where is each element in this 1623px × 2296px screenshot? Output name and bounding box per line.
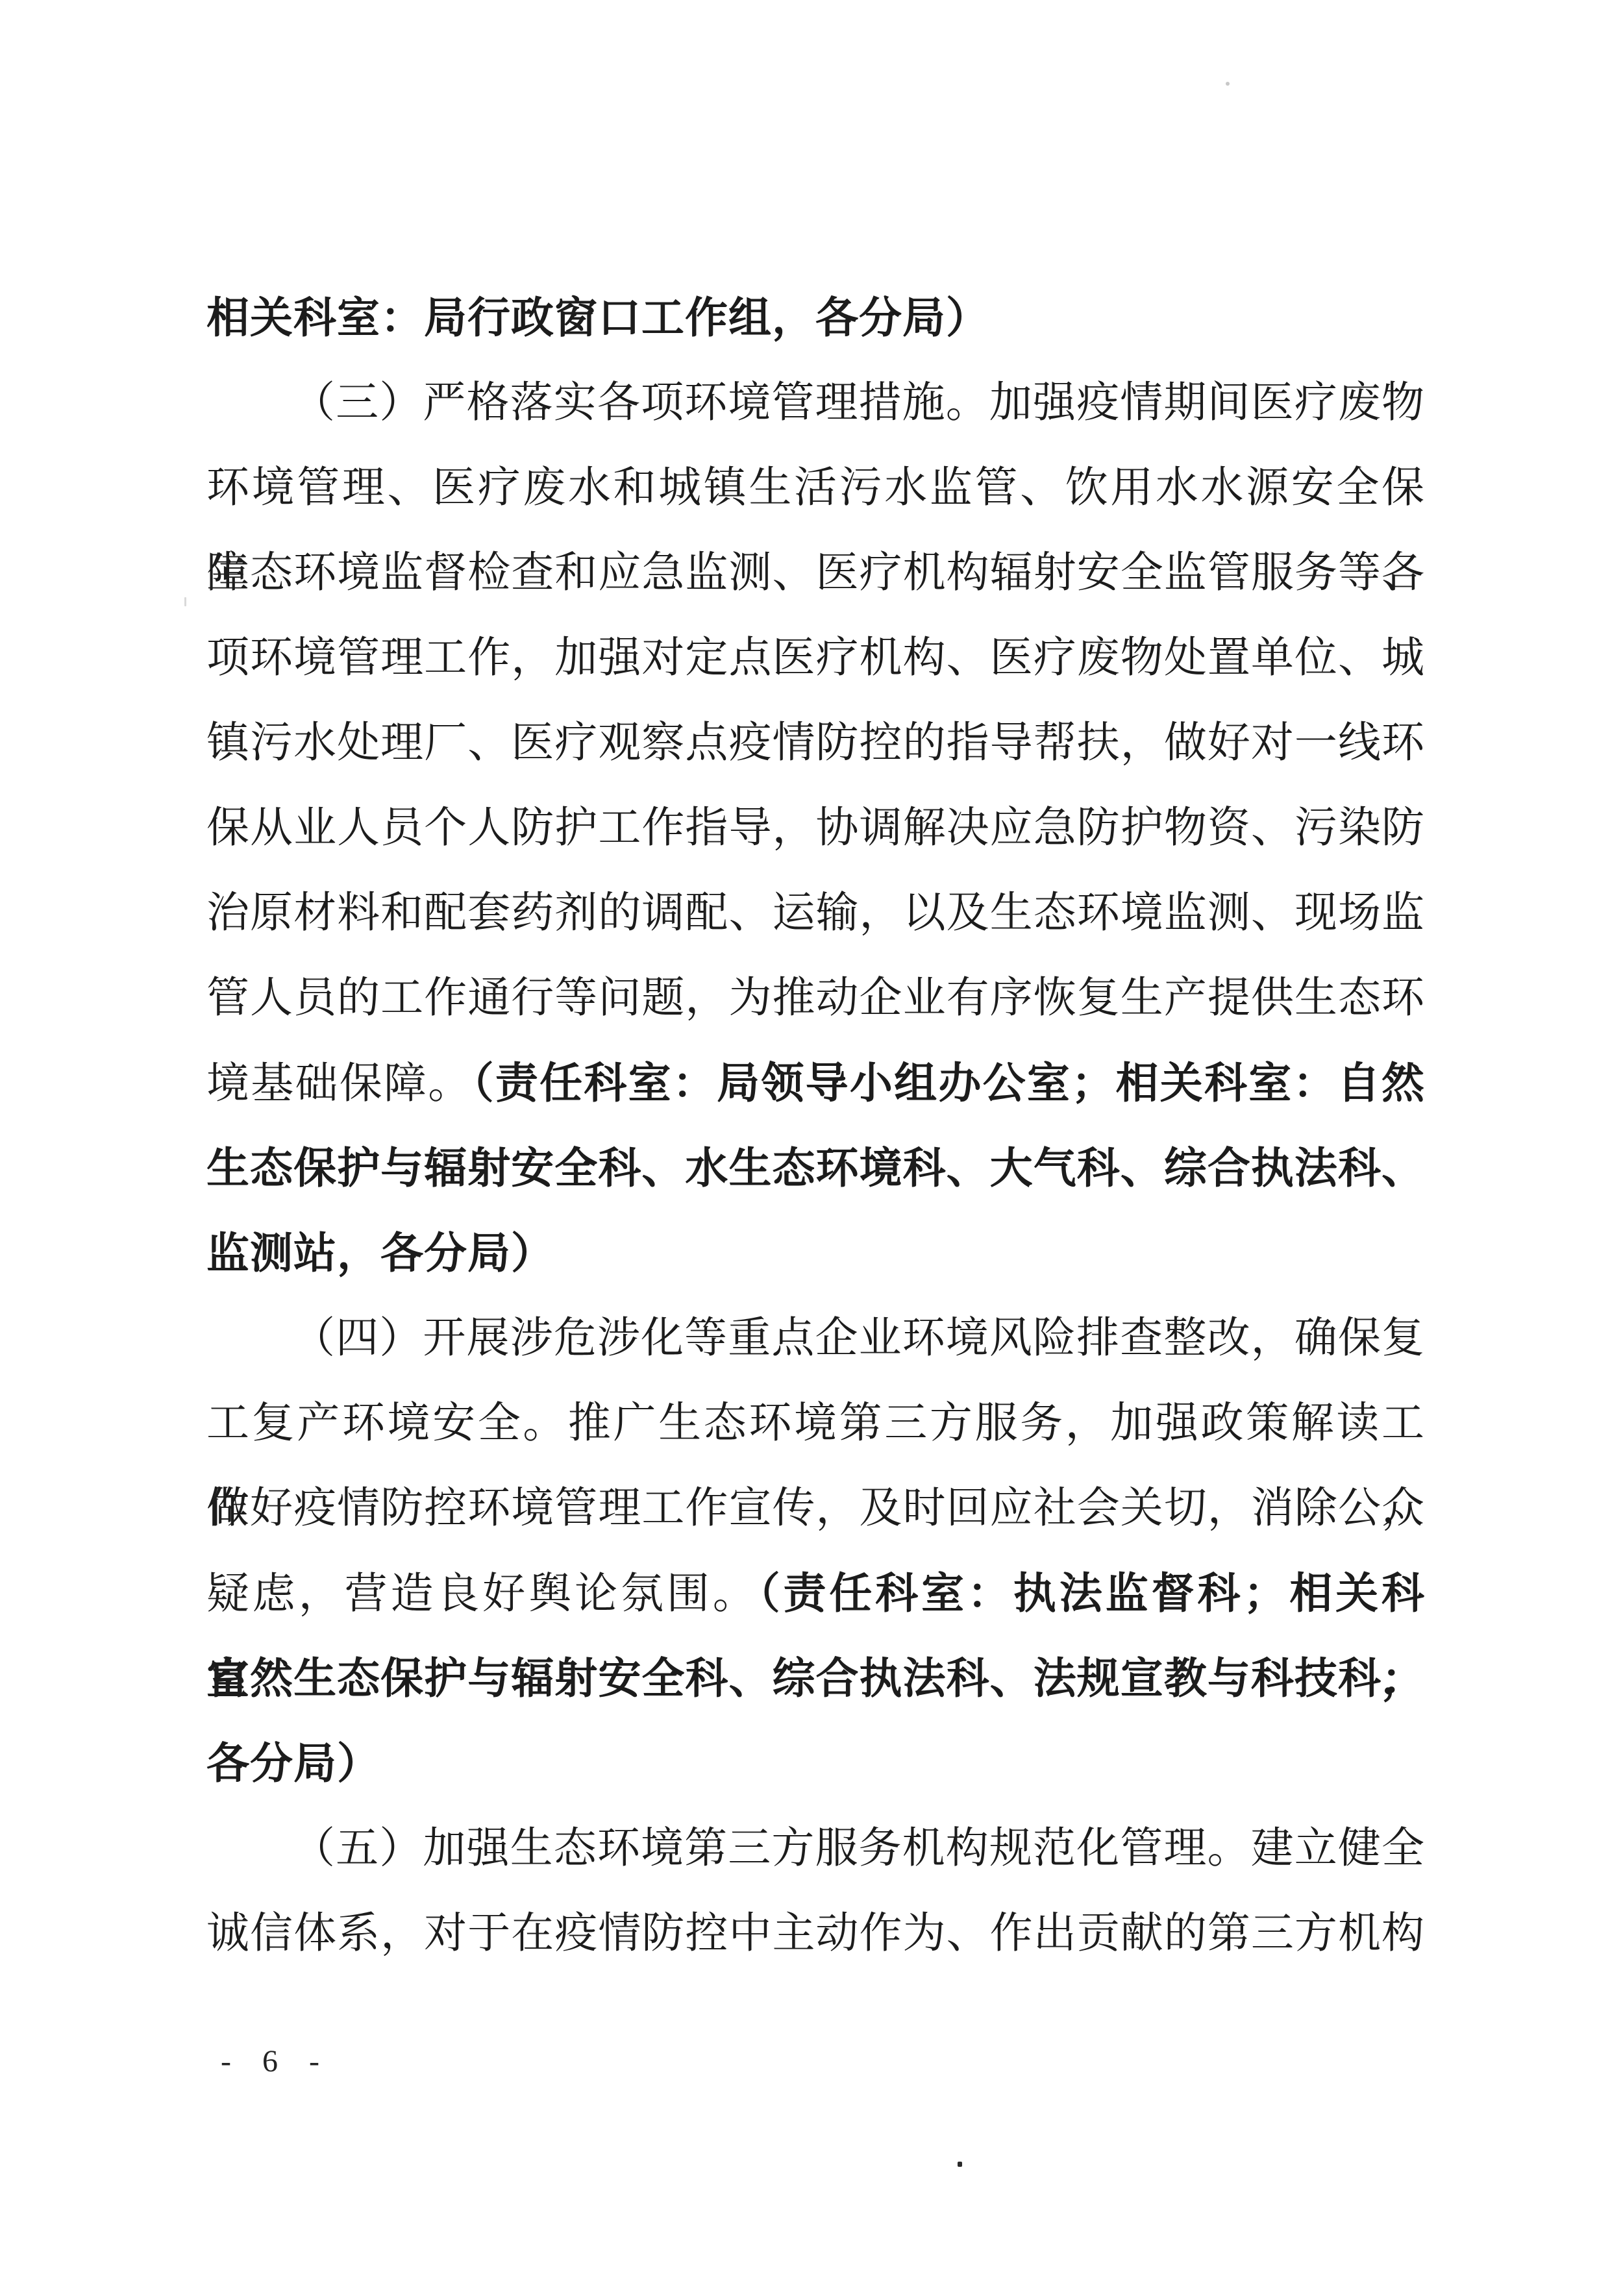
page-number: - 6 -	[221, 2043, 326, 2079]
bold-text-segment: 自然生态保护与辐射安全科、综合执法科、法规宣教与科技科，	[206, 1654, 1425, 1702]
text-line: 监测站，各分局）	[206, 1211, 1425, 1296]
bold-text-segment: 监测站，各分局）	[206, 1229, 554, 1277]
document-page: 相关科室：局行政窗口工作组，各分局）（三）严格落实各项环境管理措施。加强疫情期间…	[0, 0, 1623, 2296]
text-line: 生态保护与辐射安全科、水生态环境科、大气科、综合执法科、	[206, 1126, 1425, 1211]
text-segment: 诚信体系，对于在疫情防控中主动作为、作出贡献的第三方机构	[206, 1910, 1425, 1957]
text-segment: 做好疫情防控环境管理工作宣传，及时回应社会关切，消除公众	[206, 1485, 1425, 1532]
text-segment: （三）严格落实各项环境管理措施。加强疫情期间医疗废物	[292, 379, 1425, 426]
text-line: 各分局）	[206, 1721, 1425, 1806]
scan-speck	[958, 2162, 962, 2167]
scan-speck	[1226, 82, 1230, 86]
text-line: 项环境管理工作，加强对定点医疗机构、医疗废物处置单位、城	[206, 615, 1425, 700]
document-body: 相关科室：局行政窗口工作组，各分局）（三）严格落实各项环境管理措施。加强疫情期间…	[206, 275, 1425, 1976]
text-line: 诚信体系，对于在疫情防控中主动作为、作出贡献的第三方机构	[206, 1891, 1425, 1976]
text-segment: （四）开展涉危涉化等重点企业环境风险排查整改，确保复	[292, 1315, 1425, 1362]
text-segment: 境基础保障。	[206, 1060, 473, 1107]
text-segment: 保从业人员个人防护工作指导，协调解决应急防护物资、污染防	[206, 804, 1425, 852]
bold-text-segment: 各分局）	[206, 1739, 380, 1787]
text-line: 管人员的工作通行等问题，为推动企业有序恢复生产提供生态环	[206, 956, 1425, 1041]
text-line: 自然生态保护与辐射安全科、综合执法科、法规宣教与科技科，	[206, 1636, 1425, 1721]
text-segment: 项环境管理工作，加强对定点医疗机构、医疗废物处置单位、城	[206, 634, 1425, 682]
text-line: （三）严格落实各项环境管理措施。加强疫情期间医疗废物	[206, 360, 1425, 445]
text-line: 工复产环境安全。推广生态环境第三方服务，加强政策解读工作，	[206, 1381, 1425, 1466]
text-segment: 生态环境监督检查和应急监测、医疗机构辐射安全监管服务等各	[206, 549, 1425, 597]
text-line: 治原材料和配套药剂的调配、运输，以及生态环境监测、现场监	[206, 870, 1425, 956]
text-line: 保从业人员个人防护工作指导，协调解决应急防护物资、污染防	[206, 785, 1425, 870]
text-line: 环境管理、医疗废水和城镇生活污水监管、饮用水水源安全保障、	[206, 445, 1425, 530]
bold-text-segment: （责任科室：局领导小组办公室；相关科室：自然	[473, 1059, 1425, 1107]
text-line: 镇污水处理厂、医疗观察点疫情防控的指导帮扶，做好对一线环	[206, 700, 1425, 785]
text-segment: 治原材料和配套药剂的调配、运输，以及生态环境监测、现场监	[206, 889, 1425, 937]
text-line: （四）开展涉危涉化等重点企业环境风险排查整改，确保复	[206, 1296, 1425, 1381]
text-line: 做好疫情防控环境管理工作宣传，及时回应社会关切，消除公众	[206, 1466, 1425, 1551]
bold-text-segment: 相关科室：局行政窗口工作组，各分局）	[206, 293, 989, 341]
text-line: 境基础保障。（责任科室：局领导小组办公室；相关科室：自然	[206, 1041, 1425, 1126]
text-line: 相关科室：局行政窗口工作组，各分局）	[206, 275, 1425, 360]
text-segment: （五）加强生态环境第三方服务机构规范化管理。建立健全	[292, 1825, 1425, 1872]
text-line: 生态环境监督检查和应急监测、医疗机构辐射安全监管服务等各	[206, 530, 1425, 615]
text-line: 疑虑，营造良好舆论氛围。（责任科室：执法监督科；相关科室：	[206, 1551, 1425, 1636]
text-segment: 镇污水处理厂、医疗观察点疫情防控的指导帮扶，做好对一线环	[206, 719, 1425, 767]
scan-speck	[184, 597, 186, 606]
text-segment: 管人员的工作通行等问题，为推动企业有序恢复生产提供生态环	[206, 974, 1425, 1022]
bold-text-segment: 生态保护与辐射安全科、水生态环境科、大气科、综合执法科、	[206, 1144, 1425, 1192]
text-segment: 疑虑，营造良好舆论氛围。	[206, 1570, 759, 1618]
text-line: （五）加强生态环境第三方服务机构规范化管理。建立健全	[206, 1806, 1425, 1891]
